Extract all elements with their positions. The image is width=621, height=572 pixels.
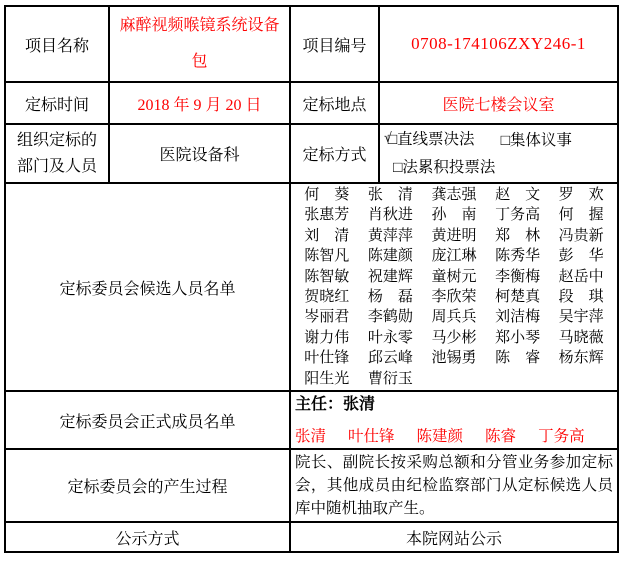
- method-option-cumulative: □法累积投票法: [384, 154, 613, 181]
- candidate-name-line: 陈智凡陈建颜庞江琳陈秀华彭 华: [295, 246, 613, 266]
- candidate-name: 赵岳中: [549, 267, 613, 287]
- formal-members-row: 张清叶仕锋陈建颜陈睿丁务高: [295, 424, 613, 446]
- candidate-name-line: 谢力伟叶永零马少彬郑小琴马晓薇: [295, 328, 613, 348]
- empty-name-slot: [549, 369, 613, 389]
- candidate-name: 李欣荣: [422, 287, 486, 307]
- candidate-name: 祝建辉: [359, 267, 423, 287]
- organizer-value: 医院设备科: [109, 124, 290, 183]
- candidate-name: 陈智凡: [295, 246, 359, 266]
- candidate-name: 冯贵新: [549, 226, 613, 246]
- committee-chair: 主任：张清: [295, 394, 613, 416]
- candidate-name-line: 岑丽君李鹤勋周兵兵刘洁梅吴宇萍: [295, 307, 613, 327]
- project-no-value: 0708-174106ZXY246-1: [379, 6, 618, 82]
- candidate-name: 马少彬: [422, 328, 486, 348]
- candidate-name: 杨 磊: [359, 287, 423, 307]
- candidate-name: 张惠芳: [295, 205, 359, 225]
- organizer-label: 组织定标的部门及人员: [17, 128, 97, 180]
- candidate-name: 邱云峰: [359, 348, 423, 368]
- candidate-name: 庞江琳: [422, 246, 486, 266]
- candidate-name: 段 琪: [549, 287, 613, 307]
- candidate-name-line: 何 葵张 清龚志强赵 文罗 欢: [295, 185, 613, 205]
- candidate-name: 何 葵: [295, 185, 359, 205]
- candidate-name: 叶仕锋: [295, 348, 359, 368]
- candidate-name: 孙 南: [422, 205, 486, 225]
- candidate-name: 谢力伟: [295, 328, 359, 348]
- row-time-place: 定标时间 2018 年 9 月 20 日 定标地点 医院七楼会议室: [5, 82, 618, 124]
- candidate-name-line: 阳生光曹衍玉: [295, 369, 613, 389]
- candidate-name: 吴宇萍: [549, 307, 613, 327]
- bid-place-value: 医院七楼会议室: [379, 82, 618, 124]
- organizer-label-cell: 组织定标的部门及人员: [5, 124, 109, 183]
- candidate-name: 叶永零: [359, 328, 423, 348]
- candidate-name-line: 陈智敏祝建辉童树元李衡梅赵岳中: [295, 267, 613, 287]
- candidate-name: 赵 文: [486, 185, 550, 205]
- project-name-value: 麻醉视频喉镜系统设备包: [120, 8, 280, 80]
- empty-name-slot: [486, 369, 550, 389]
- bid-place-label: 定标地点: [290, 82, 379, 124]
- publicity-value: 本院网站公示: [290, 522, 618, 552]
- bid-award-document: 项目名称 麻醉视频喉镜系统设备包 项目编号 0708-174106ZXY246-…: [0, 0, 621, 572]
- candidate-name: 肖秋进: [359, 205, 423, 225]
- project-name-cell: 麻醉视频喉镜系统设备包: [109, 6, 290, 82]
- formal-member-name: 陈建颜: [417, 424, 464, 446]
- row-publicity: 公示方式 本院网站公示: [5, 522, 618, 552]
- candidate-name-line: 刘 清黄萍萍黄进明郑 林冯贵新: [295, 226, 613, 246]
- candidate-name: 张 清: [359, 185, 423, 205]
- method-label: 定标方式: [290, 124, 379, 183]
- candidate-name: 陈 睿: [486, 348, 550, 368]
- method-options-line1: √□直线票决法 □集体议事: [384, 126, 613, 154]
- project-name-label: 项目名称: [5, 6, 109, 82]
- row-formal-members: 定标委员会正式成员名单 主任：张清 张清叶仕锋陈建颜陈睿丁务高: [5, 391, 618, 449]
- candidate-name: 岑丽君: [295, 307, 359, 327]
- formal-member-name: 叶仕锋: [348, 424, 395, 446]
- project-no-label: 项目编号: [290, 6, 379, 82]
- candidate-name: 曹衍玉: [359, 369, 423, 389]
- row-organizer-method: 组织定标的部门及人员 医院设备科 定标方式 √□直线票决法 □集体议事 □法累积…: [5, 124, 618, 183]
- candidate-name: 陈智敏: [295, 267, 359, 287]
- candidate-name: 池锡勇: [422, 348, 486, 368]
- candidate-name: 龚志强: [422, 185, 486, 205]
- candidate-name: 贺晓红: [295, 287, 359, 307]
- candidate-name: 杨东辉: [549, 348, 613, 368]
- formal-member-name: 张清: [295, 424, 326, 446]
- candidate-name: 黄进明: [422, 226, 486, 246]
- bid-time-value: 2018 年 9 月 20 日: [109, 82, 290, 124]
- row-selection-process: 定标委员会的产生过程 院长、副院长按采购总额和分管业务参加定标会，其他成员由纪检…: [5, 449, 618, 522]
- method-options-cell: √□直线票决法 □集体议事 □法累积投票法: [379, 124, 618, 183]
- bid-time-label: 定标时间: [5, 82, 109, 124]
- candidate-name: 柯楚真: [486, 287, 550, 307]
- formal-members-label: 定标委员会正式成员名单: [5, 391, 290, 449]
- candidate-name: 郑小琴: [486, 328, 550, 348]
- candidate-name: 何 握: [549, 205, 613, 225]
- row-candidates: 定标委员会候选人员名单 何 葵张 清龚志强赵 文罗 欢张惠芳肖秋进孙 南丁务高何…: [5, 183, 618, 391]
- formal-member-name: 陈睿: [485, 424, 516, 446]
- checkmark-icon: √: [384, 125, 392, 152]
- candidate-name-line: 叶仕锋邱云峰池锡勇陈 睿杨东辉: [295, 348, 613, 368]
- candidate-name: 刘 清: [295, 226, 359, 246]
- method-option-direct-vote: √□直线票决法: [384, 126, 475, 154]
- candidate-name-grid: 何 葵张 清龚志强赵 文罗 欢张惠芳肖秋进孙 南丁务高何 握刘 清黄萍萍黄进明郑…: [290, 183, 618, 391]
- candidate-name: 李衡梅: [486, 267, 550, 287]
- candidates-label: 定标委员会候选人员名单: [5, 183, 290, 391]
- candidate-name: 罗 欢: [549, 185, 613, 205]
- method-option-collective: □集体议事: [501, 127, 572, 154]
- candidate-name: 阳生光: [295, 369, 359, 389]
- candidate-name: 郑 林: [486, 226, 550, 246]
- candidate-name: 黄萍萍: [359, 226, 423, 246]
- process-label: 定标委员会的产生过程: [5, 449, 290, 522]
- candidate-name: 周兵兵: [422, 307, 486, 327]
- candidate-name: 陈秀华: [486, 246, 550, 266]
- bid-award-table: 项目名称 麻醉视频喉镜系统设备包 项目编号 0708-174106ZXY246-…: [4, 5, 619, 553]
- candidate-name: 陈建颜: [359, 246, 423, 266]
- formal-members-cell: 主任：张清 张清叶仕锋陈建颜陈睿丁务高: [290, 391, 618, 449]
- formal-member-name: 丁务高: [538, 424, 585, 446]
- empty-name-slot: [422, 369, 486, 389]
- candidate-name: 李鹤勋: [359, 307, 423, 327]
- checkbox-direct-vote: □直线票决法: [388, 131, 475, 148]
- process-value: 院长、副院长按采购总额和分管业务参加定标会，其他成员由纪检监察部门从定标候选人员…: [290, 449, 618, 522]
- candidate-name: 刘洁梅: [486, 307, 550, 327]
- candidate-name: 童树元: [422, 267, 486, 287]
- candidate-name: 马晓薇: [549, 328, 613, 348]
- candidate-name: 丁务高: [486, 205, 550, 225]
- candidate-name: 彭 华: [549, 246, 613, 266]
- publicity-label: 公示方式: [5, 522, 290, 552]
- row-project: 项目名称 麻醉视频喉镜系统设备包 项目编号 0708-174106ZXY246-…: [5, 6, 618, 82]
- candidate-name-line: 贺晓红杨 磊李欣荣柯楚真段 琪: [295, 287, 613, 307]
- candidate-name-line: 张惠芳肖秋进孙 南丁务高何 握: [295, 205, 613, 225]
